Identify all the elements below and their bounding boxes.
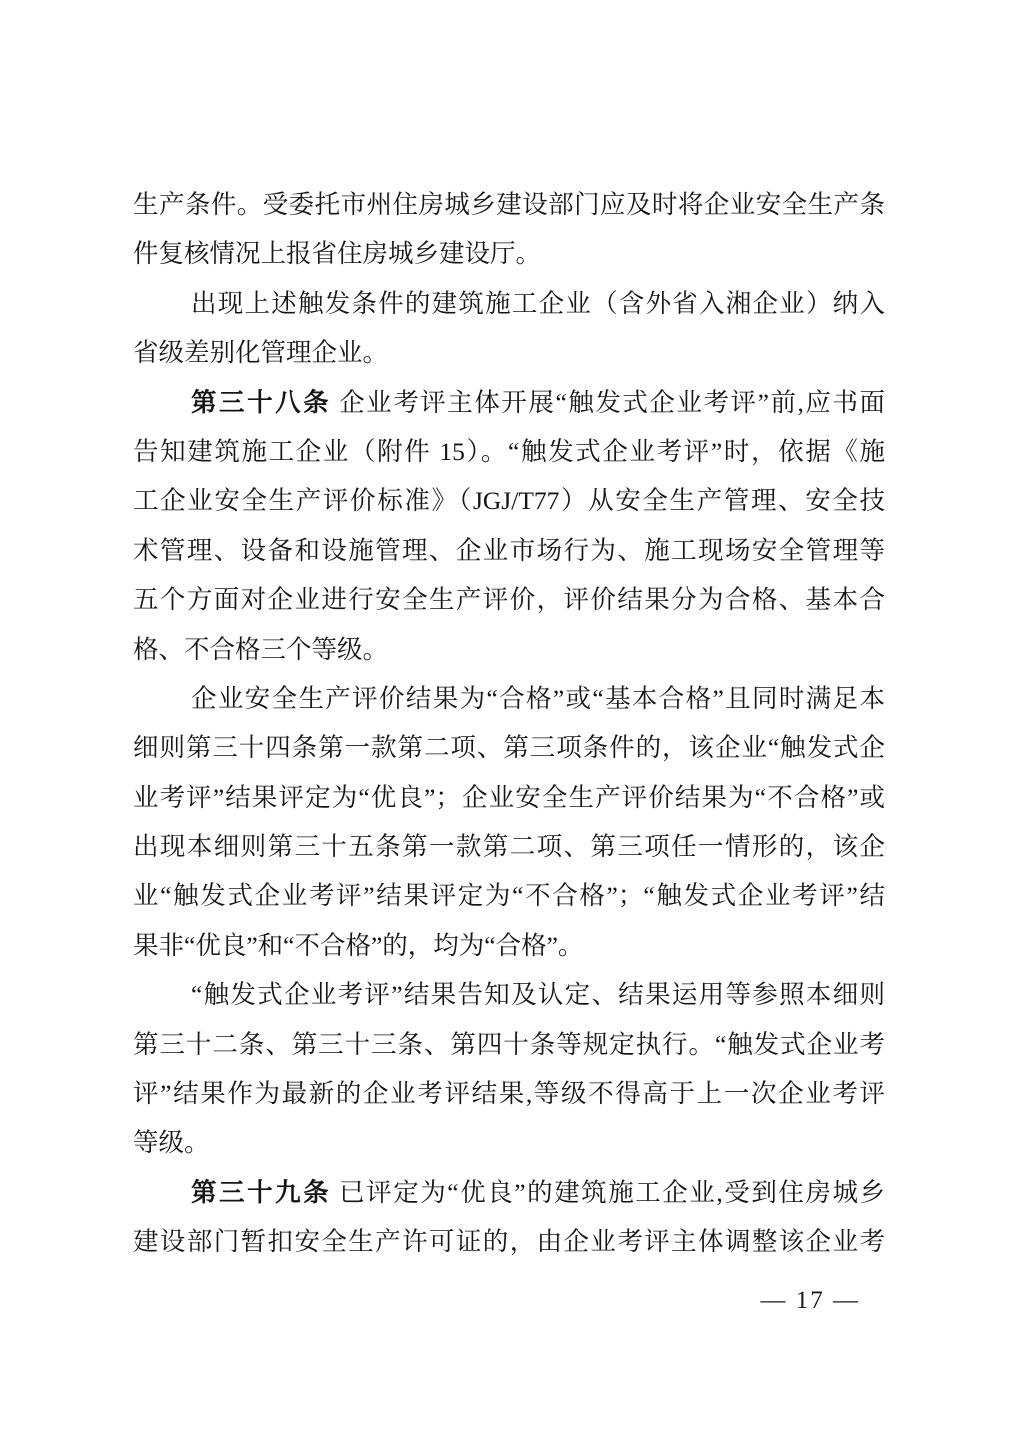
text-line: 第三十九条 已评定为“优良”的建筑施工企业,受到住房城乡: [133, 1168, 885, 1217]
line-text: 企业考评主体开展“触发式企业考评”前,应书面: [331, 388, 885, 417]
text-line: 术管理、设备和设施管理、企业市场行为、施工现场安全管理等: [133, 526, 885, 575]
line-text: 企业安全生产评价结果为“合格”或“基本合格”且同时满足本: [191, 684, 885, 713]
line-text: 建设部门暂扣安全生产许可证的，由企业考评主体调整该企业考: [133, 1227, 885, 1256]
article-number: 第三十九条: [191, 1179, 331, 1207]
line-text: 件复核情况上报省住房城乡建设厅。: [133, 239, 541, 268]
text-line: 出现上述触发条件的建筑施工企业（含外省入湘企业）纳入: [133, 279, 885, 328]
text-line: 工企业安全生产评价标准》（JGJ/T77）从安全生产管理、安全技: [133, 476, 885, 525]
text-line: 细则第三十四条第一款第二项、第三项条件的，该企业“触发式企: [133, 723, 885, 772]
page-number: — 17 —: [761, 1287, 861, 1314]
line-text: 第三十二条、第三十三条、第四十条等规定执行。“触发式企业考: [133, 1030, 885, 1059]
page-footer: — 17 —: [761, 1281, 861, 1321]
line-text: 出现上述触发条件的建筑施工企业（含外省入湘企业）纳入: [191, 289, 885, 318]
document-lines: 生产条件。受委托市州住房城乡建设部门应及时将企业安全生产条件复核情况上报省住房城…: [133, 180, 885, 1267]
text-line: 建设部门暂扣安全生产许可证的，由企业考评主体调整该企业考: [133, 1217, 885, 1266]
text-line: 业“触发式企业考评”结果评定为“不合格”；“触发式企业考评”结: [133, 871, 885, 920]
line-text: “触发式企业考评”结果告知及认定、结果运用等参照本细则: [191, 980, 885, 1009]
line-text: 术管理、设备和设施管理、企业市场行为、施工现场安全管理等: [133, 536, 885, 565]
text-line: 五个方面对企业进行安全生产评价，评价结果分为合格、基本合: [133, 575, 885, 624]
text-line: 业考评”结果评定为“优良”；企业安全生产评价结果为“不合格”或: [133, 773, 885, 822]
line-text: 告知建筑施工企业（附件 15）。“触发式企业考评”时，依据《施: [133, 437, 885, 466]
text-line: 评”结果作为最新的企业考评结果,等级不得高于上一次企业考评: [133, 1069, 885, 1118]
text-line: 第三十二条、第三十三条、第四十条等规定执行。“触发式企业考: [133, 1020, 885, 1069]
text-line: 格、不合格三个等级。: [133, 625, 885, 674]
line-text: 细则第三十四条第一款第二项、第三项条件的，该企业“触发式企: [133, 733, 885, 762]
document-body: 生产条件。受委托市州住房城乡建设部门应及时将企业安全生产条件复核情况上报省住房城…: [133, 180, 885, 1267]
text-line: 第三十八条 企业考评主体开展“触发式企业考评”前,应书面: [133, 378, 885, 427]
line-text: 格、不合格三个等级。: [133, 635, 388, 664]
line-text: 评”结果作为最新的企业考评结果,等级不得高于上一次企业考评: [133, 1079, 885, 1108]
article-number: 第三十八条: [191, 389, 331, 417]
text-line: 告知建筑施工企业（附件 15）。“触发式企业考评”时，依据《施: [133, 427, 885, 476]
line-text: 业“触发式企业考评”结果评定为“不合格”；“触发式企业考评”结: [133, 881, 885, 910]
text-line: 生产条件。受委托市州住房城乡建设部门应及时将企业安全生产条: [133, 180, 885, 229]
line-text: 五个方面对企业进行安全生产评价，评价结果分为合格、基本合: [133, 585, 885, 614]
text-line: 果非“优良”和“不合格”的，均为“合格”。: [133, 921, 885, 970]
text-line: “触发式企业考评”结果告知及认定、结果运用等参照本细则: [133, 970, 885, 1019]
document-page: 生产条件。受委托市州住房城乡建设部门应及时将企业安全生产条件复核情况上报省住房城…: [0, 0, 1024, 1448]
text-line: 省级差别化管理企业。: [133, 328, 885, 377]
line-text: 业考评”结果评定为“优良”；企业安全生产评价结果为“不合格”或: [133, 783, 885, 812]
text-line: 等级。: [133, 1118, 885, 1167]
line-text: 工企业安全生产评价标准》（JGJ/T77）从安全生产管理、安全技: [133, 486, 885, 515]
text-line: 件复核情况上报省住房城乡建设厅。: [133, 229, 885, 278]
line-text: 生产条件。受委托市州住房城乡建设部门应及时将企业安全生产条: [133, 190, 885, 219]
line-text: 已评定为“优良”的建筑施工企业,受到住房城乡: [331, 1178, 885, 1207]
text-line: 出现本细则第三十五条第一款第二项、第三项任一情形的，该企: [133, 822, 885, 871]
line-text: 出现本细则第三十五条第一款第二项、第三项任一情形的，该企: [133, 832, 885, 861]
line-text: 省级差别化管理企业。: [133, 338, 388, 367]
line-text: 果非“优良”和“不合格”的，均为“合格”。: [133, 931, 583, 960]
line-text: 等级。: [133, 1128, 210, 1157]
text-line: 企业安全生产评价结果为“合格”或“基本合格”且同时满足本: [133, 674, 885, 723]
